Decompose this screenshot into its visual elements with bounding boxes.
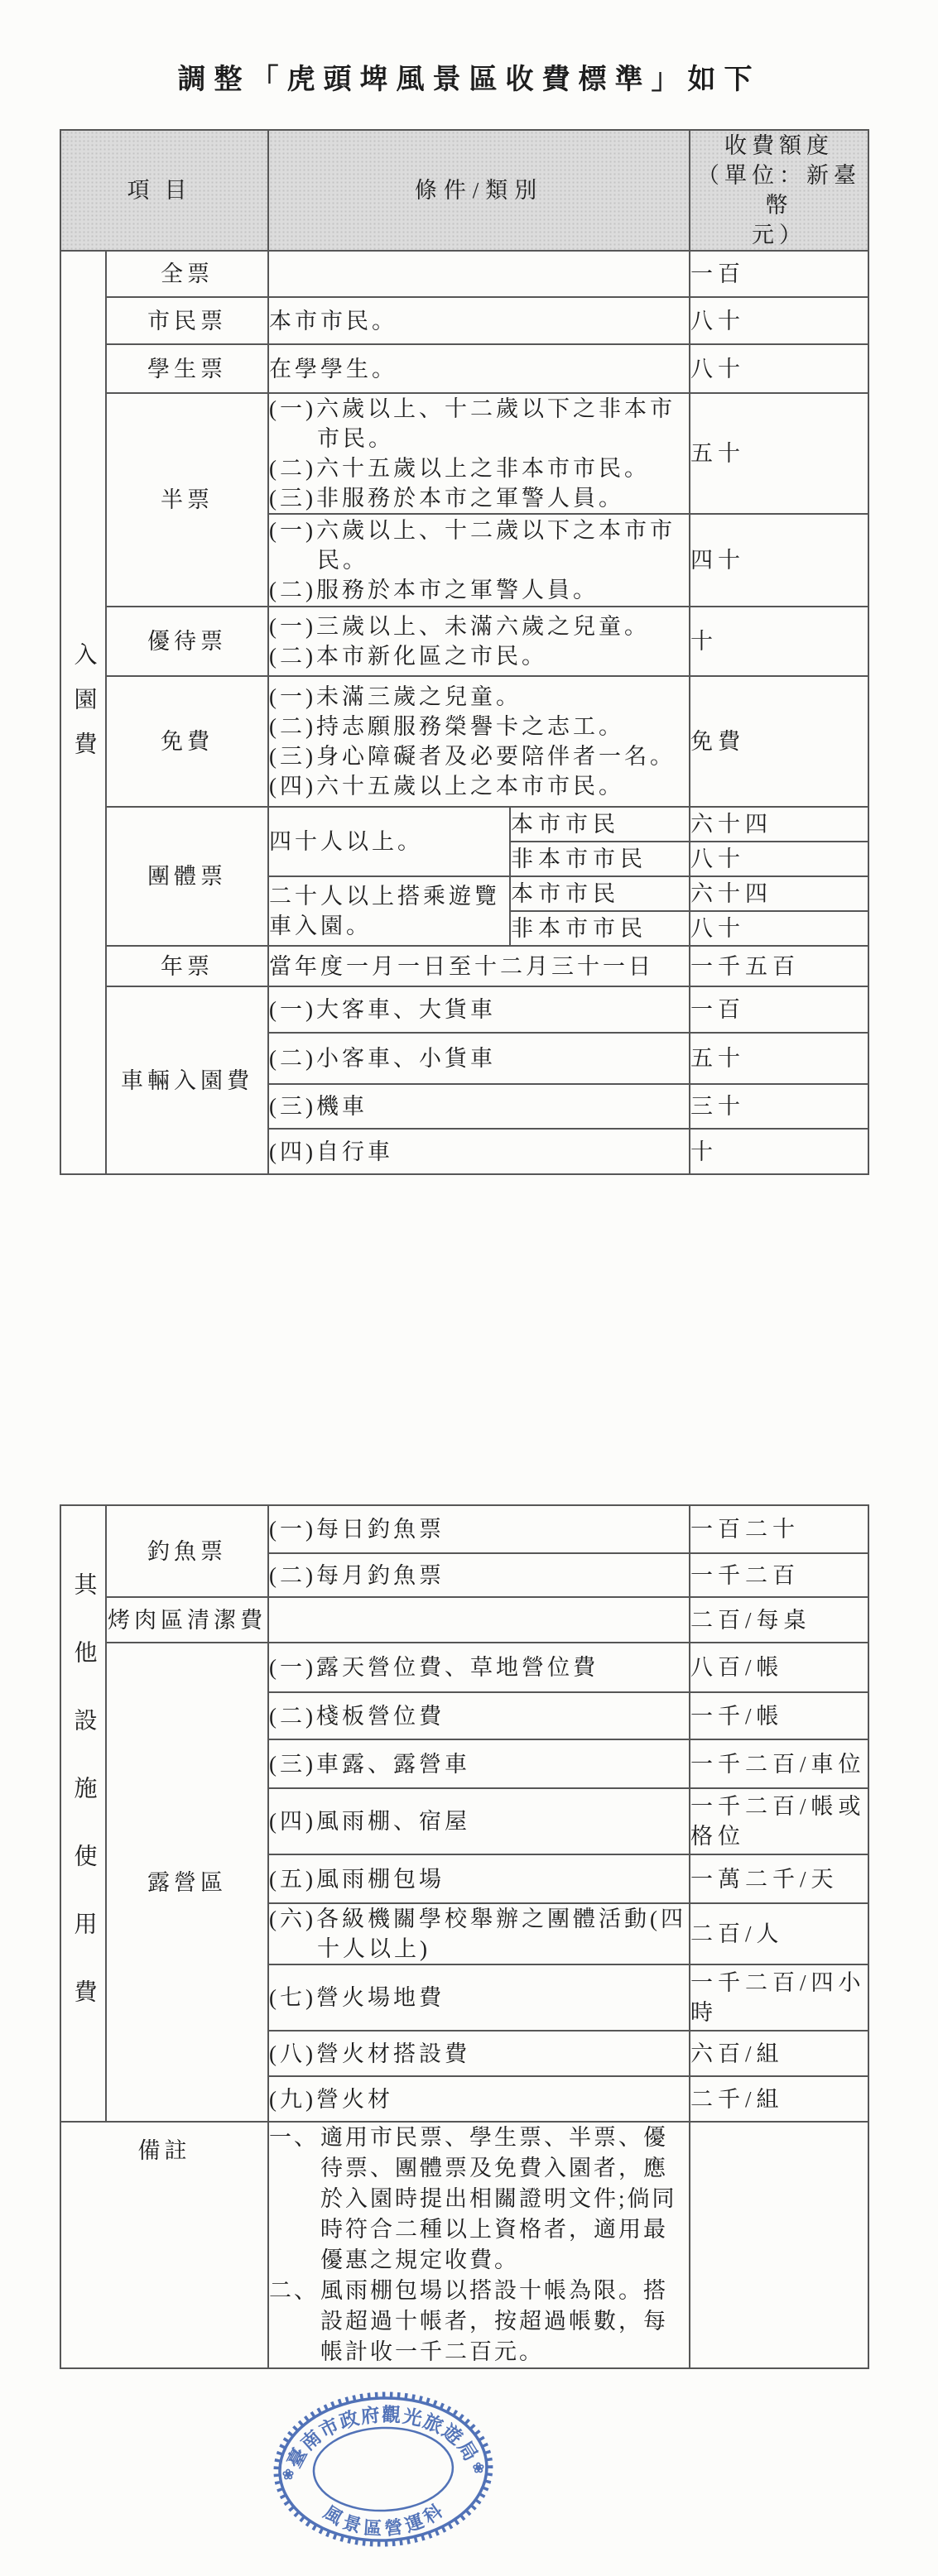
- condition-item: (八)營火材搭設費: [269, 2039, 689, 2069]
- item-fishing-ticket: 釣魚票: [106, 1505, 268, 1597]
- item-student-ticket: 學生票: [106, 344, 268, 393]
- group-cell-entrance-fee: 入園費: [60, 251, 106, 1174]
- table-row: 入園費 全票 一百: [60, 251, 868, 297]
- header-fee-line1: 收費額度: [690, 131, 868, 161]
- condition-student-ticket: 在學學生。: [268, 344, 690, 393]
- condition-camp-open-site: (一)露天營位費、草地營位費: [268, 1643, 690, 1692]
- condition-item: (七)營火場地費: [269, 1983, 689, 2012]
- item-bbq-cleaning-fee: 烤肉區清潔費: [106, 1597, 268, 1643]
- fee-citizen-ticket: 八十: [690, 297, 868, 344]
- condition-camp-shelter-rental: (五)風雨棚包場: [268, 1854, 690, 1903]
- fee-group-40-nonlocal: 八十: [690, 842, 868, 876]
- remark-number: 二、: [269, 2276, 320, 2367]
- condition-group-40: 四十人以上。: [268, 807, 510, 876]
- item-discount-ticket: 優待票: [106, 607, 268, 676]
- fee-student-ticket: 八十: [690, 344, 868, 393]
- table-row: 年票 當年度一月一日至十二月三十一日 一千五百: [60, 946, 868, 986]
- fee-discount-ticket: 十: [690, 607, 868, 676]
- plum-blossom-icon: ❀: [472, 2460, 484, 2476]
- header-condition-label: 條件/類別: [415, 178, 544, 203]
- condition-item: (四)六十五歲以上之本市市民。: [269, 771, 689, 801]
- condition-group-bus-20: 二十人以上搭乘遊覽車入園。: [268, 876, 510, 946]
- fee-group-20-nonlocal: 八十: [690, 911, 868, 946]
- group-type-nonlocal: 非本市市民: [510, 842, 690, 876]
- header-fee-line3: 元）: [690, 220, 868, 250]
- condition-item: (三)非服務於本市之軍警人員。: [269, 483, 689, 513]
- condition-item: (二)六十五歲以上之非本市市民。: [269, 453, 689, 483]
- fee-camp-rain-shelter: 一千二百/帳或格位: [690, 1788, 868, 1854]
- condition-vehicle-motorcycle: (三)機車: [268, 1084, 690, 1129]
- condition-item: (九)營火材: [269, 2084, 689, 2114]
- table-row: 露營區 (一)露天營位費、草地營位費 八百/帳: [60, 1643, 868, 1692]
- fee-camp-firewood-setup: 六百/組: [690, 2031, 868, 2076]
- remarks-fee-empty: [690, 2122, 868, 2368]
- fee-camp-shelter-rental: 一萬二千/天: [690, 1854, 868, 1903]
- condition-camp-firewood-setup: (八)營火材搭設費: [268, 2031, 690, 2076]
- fee-fishing-daily: 一百二十: [690, 1505, 868, 1553]
- table-header-row: 項目 條件/類別 收費額度 （單位：新臺幣 元）: [60, 130, 868, 251]
- condition-fishing-monthly: (二)每月釣魚票: [268, 1553, 690, 1597]
- fee-camp-deck-site: 一千/帳: [690, 1692, 868, 1739]
- item-free-admission: 免費: [106, 676, 268, 807]
- item-camping-area: 露營區: [106, 1643, 268, 2122]
- fee-free-admission: 免費: [690, 676, 868, 807]
- facility-fee-table: 其他設施使用費 釣魚票 (一)每日釣魚票 一百二十 (二)每月釣魚票 一千二百 …: [60, 1504, 869, 2369]
- fee-vehicle-car: 五十: [690, 1033, 868, 1084]
- condition-item: (一)未滿三歲之兒童。: [269, 682, 689, 712]
- table-row: 團體票 四十人以上。 本市市民 六十四: [60, 807, 868, 842]
- condition-item: (二)每月釣魚票: [269, 1561, 689, 1590]
- fee-half-ticket-a: 五十: [690, 393, 868, 514]
- condition-vehicle-bicycle: (四)自行車: [268, 1129, 690, 1174]
- condition-camp-car-camping: (三)車露、露營車: [268, 1739, 690, 1788]
- fee-vehicle-bus: 一百: [690, 986, 868, 1033]
- item-citizen-ticket: 市民票: [106, 297, 268, 344]
- plum-blossom-icon: ❀: [282, 2467, 295, 2482]
- condition-discount-ticket: (一)三歲以上、未滿六歲之兒童。 (二)本市新化區之市民。: [268, 607, 690, 676]
- fee-fishing-monthly: 一千二百: [690, 1553, 868, 1597]
- item-full-ticket: 全票: [106, 251, 268, 297]
- remarks-label: 備註: [60, 2122, 268, 2368]
- condition-item: (三)車露、露營車: [269, 1749, 689, 1779]
- item-half-ticket: 半票: [106, 393, 268, 607]
- condition-camp-school-group: (六)各級機關學校舉辦之團體活動(四十人以上): [268, 1903, 690, 1964]
- table-row: 烤肉區清潔費 二百/每桌: [60, 1597, 868, 1643]
- item-annual-ticket: 年票: [106, 946, 268, 986]
- remark-item: 一、 適用市民票、學生票、半票、優待票、團體票及免費入園者，應於入園時提出相關證…: [269, 2123, 689, 2276]
- condition-item: (二)棧板營位費: [269, 1701, 689, 1731]
- condition-item: (一)六歲以上、十二歲以下之本市市民。: [269, 516, 689, 575]
- condition-item: (二)本市新化區之市民。: [269, 641, 689, 671]
- condition-bbq: [268, 1597, 690, 1643]
- item-group-ticket: 團體票: [106, 807, 268, 946]
- table-row: 優待票 (一)三歲以上、未滿六歲之兒童。 (二)本市新化區之市民。 十: [60, 607, 868, 676]
- header-item-cell: 項目: [60, 130, 268, 251]
- condition-full-ticket: [268, 251, 690, 297]
- condition-item: (三)身心障礙者及必要陪伴者一名。: [269, 741, 689, 771]
- header-fee-cell: 收費額度 （單位：新臺幣 元）: [690, 130, 868, 251]
- condition-item: (六)各級機關學校舉辦之團體活動(四十人以上): [269, 1904, 689, 1964]
- fee-camp-car-camping: 一千二百/車位: [690, 1739, 868, 1788]
- table-row: 其他設施使用費 釣魚票 (一)每日釣魚票 一百二十: [60, 1505, 868, 1553]
- condition-item: (一)每日釣魚票: [269, 1514, 689, 1544]
- header-fee-line2: （單位：新臺幣: [690, 161, 868, 220]
- fee-vehicle-bicycle: 十: [690, 1129, 868, 1174]
- condition-vehicle-bus: (一)大客車、大貨車: [268, 986, 690, 1033]
- condition-vehicle-car: (二)小客車、小貨車: [268, 1033, 690, 1084]
- table-row: 免費 (一)未滿三歲之兒童。 (二)持志願服務榮譽卡之志工。 (三)身心障礙者及…: [60, 676, 868, 807]
- table-row: 半票 (一)六歲以上、十二歲以下之非本市市民。 (二)六十五歲以上之非本市市民。…: [60, 393, 868, 514]
- fee-group-40-local: 六十四: [690, 807, 868, 842]
- condition-item: (四)風雨棚、宿屋: [269, 1806, 689, 1836]
- condition-fishing-daily: (一)每日釣魚票: [268, 1505, 690, 1553]
- fee-bbq: 二百/每桌: [690, 1597, 868, 1643]
- condition-half-ticket-b: (一)六歲以上、十二歲以下之本市市民。 (二)服務於本市之軍警人員。: [268, 514, 690, 607]
- group-cell-other-facility-fee: 其他設施使用費: [60, 1505, 106, 2122]
- fee-camp-firewood: 二千/組: [690, 2076, 868, 2122]
- remark-number: 一、: [269, 2123, 320, 2276]
- scanned-document-page: 調整「虎頭埤風景區收費標準」如下 項目 條件/類別 收費額度 （單位：新臺幣 元…: [0, 0, 938, 2576]
- stamp-inner-ring: [312, 2425, 454, 2513]
- condition-item: (一)六歲以上、十二歲以下之非本市市民。: [269, 394, 689, 453]
- header-item-label: 項目: [127, 178, 202, 203]
- condition-camp-firewood: (九)營火材: [268, 2076, 690, 2122]
- fee-group-20-local: 六十四: [690, 876, 868, 911]
- fee-camp-school-group: 二百/人: [690, 1903, 868, 1964]
- remarks-row: 備註 一、 適用市民票、學生票、半票、優待票、團體票及免費入園者，應於入園時提出…: [60, 2122, 868, 2368]
- fee-camp-campfire-site: 一千二百/四小時: [690, 1964, 868, 2031]
- condition-annual-ticket: 當年度一月一日至十二月三十一日: [268, 946, 690, 986]
- fee-half-ticket-b: 四十: [690, 514, 868, 607]
- condition-free-admission: (一)未滿三歲之兒童。 (二)持志願服務榮譽卡之志工。 (三)身心障礙者及必要陪…: [268, 676, 690, 807]
- remark-text: 適用市民票、學生票、半票、優待票、團體票及免費入園者，應於入園時提出相關證明文件…: [320, 2123, 689, 2276]
- table-row: 車輛入園費 (一)大客車、大貨車 一百: [60, 986, 868, 1033]
- other-facility-group-label: 其他設施使用費: [69, 1572, 99, 2047]
- item-vehicle-fee: 車輛入園費: [106, 986, 268, 1174]
- remark-item: 二、 風雨棚包場以搭設十帳為限。搭設超過十帳者，按超過帳數，每帳計收一千二百元。: [269, 2276, 689, 2367]
- entrance-fee-group-label: 入園費: [69, 642, 99, 776]
- entrance-fee-table: 項目 條件/類別 收費額度 （單位：新臺幣 元） 入園費 全票 一百 市民票 本…: [60, 129, 869, 1175]
- condition-camp-rain-shelter: (四)風雨棚、宿屋: [268, 1788, 690, 1854]
- table-row: 市民票 本市市民。 八十: [60, 297, 868, 344]
- table-row: 學生票 在學學生。 八十: [60, 344, 868, 393]
- condition-camp-campfire-site: (七)營火場地費: [268, 1964, 690, 2031]
- group-type-local: 本市市民: [510, 807, 690, 842]
- condition-item: (二)服務於本市之軍警人員。: [269, 575, 689, 605]
- group-type-nonlocal: 非本市市民: [510, 911, 690, 946]
- fee-camp-open-site: 八百/帳: [690, 1643, 868, 1692]
- condition-half-ticket-a: (一)六歲以上、十二歲以下之非本市市民。 (二)六十五歲以上之非本市市民。 (三…: [268, 393, 690, 514]
- condition-item: (五)風雨棚包場: [269, 1864, 689, 1894]
- official-stamp: 臺南市政府觀光旅遊局 風景區營運科 ❀ ❀: [260, 2381, 506, 2561]
- header-condition-cell: 條件/類別: [268, 130, 690, 251]
- condition-item: (一)三歲以上、未滿六歲之兒童。: [269, 612, 689, 641]
- fee-vehicle-motorcycle: 三十: [690, 1084, 868, 1129]
- condition-item: (一)露天營位費、草地營位費: [269, 1653, 689, 1682]
- condition-citizen-ticket: 本市市民。: [268, 297, 690, 344]
- group-type-local: 本市市民: [510, 876, 690, 911]
- condition-item: (二)持志願服務榮譽卡之志工。: [269, 712, 689, 741]
- document-title: 調整「虎頭埤風景區收費標準」如下: [0, 0, 938, 98]
- condition-camp-deck-site: (二)棧板營位費: [268, 1692, 690, 1739]
- remarks-content: 一、 適用市民票、學生票、半票、優待票、團體票及免費入園者，應於入園時提出相關證…: [268, 2122, 690, 2368]
- remark-text: 風雨棚包場以搭設十帳為限。搭設超過十帳者，按超過帳數，每帳計收一千二百元。: [320, 2276, 689, 2367]
- fee-full-ticket: 一百: [690, 251, 868, 297]
- fee-annual-ticket: 一千五百: [690, 946, 868, 986]
